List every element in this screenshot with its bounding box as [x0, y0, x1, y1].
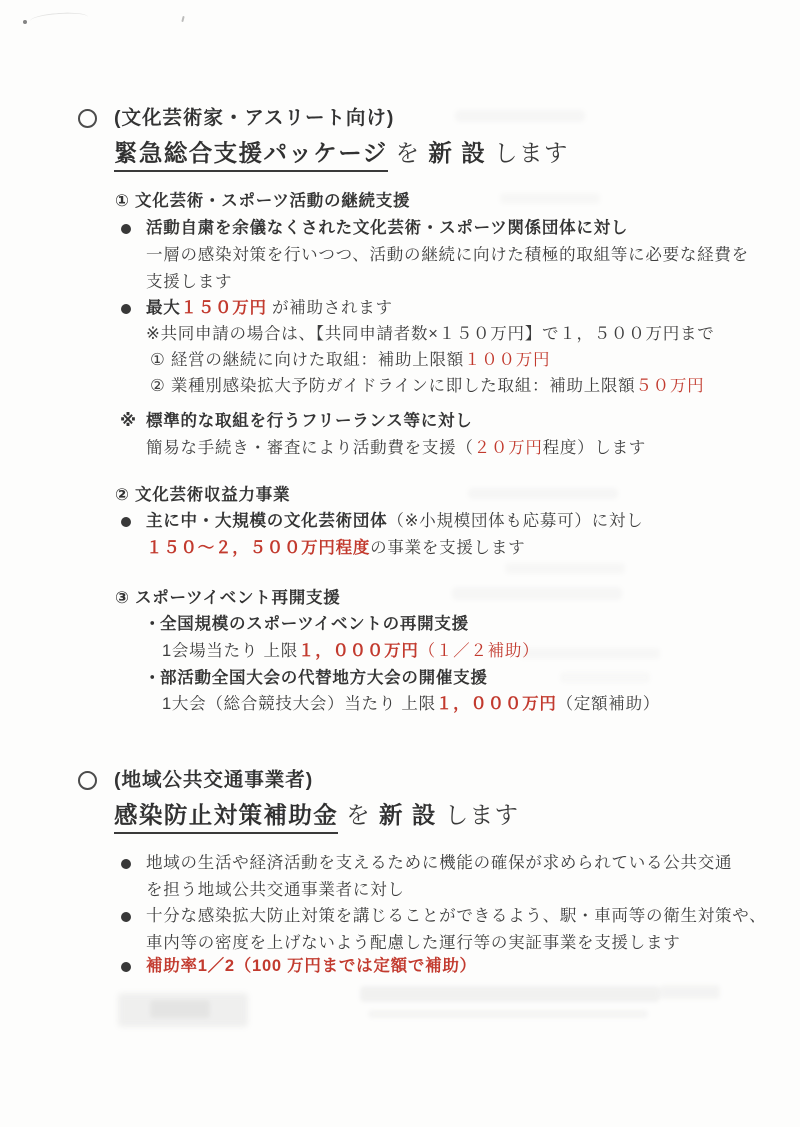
amount-50man: ５０万円 [635, 377, 704, 395]
amount-100man: １００万円 [464, 351, 550, 369]
bullet-icon [121, 517, 131, 527]
continuation-line: 支援します [146, 272, 232, 293]
joint-application-note: ※共同申請の場合は、【共同申請者数×１５０万円】で１，５００万円まで [146, 324, 714, 345]
circle-icon [78, 109, 97, 128]
bullet-item-infection-measures: 十分な感染拡大防止対策を講じることができるよう、駅・車両等の衛生対策や、 [121, 906, 766, 927]
dot-item-text: 全国規模のスポーツイベントの再開支援 [160, 615, 469, 633]
bullet-icon [121, 912, 131, 922]
dot-item-club-tournaments: ・部活動全国大会の代替地方大会の開催支援 [144, 668, 488, 689]
title-particle: を [338, 802, 379, 828]
amount-1000man: １，０００万円 [436, 695, 557, 713]
bullet-item-targets: 活動自粛を余儀なくされた文化芸術・スポーツ関係団体に対し [121, 218, 628, 239]
dot-icon: ・ [144, 614, 160, 635]
bullet-text: 地域の生活や経済活動を支えるために機能の確保が求められている公共交通 [146, 854, 732, 872]
continuation-line: を担う地域公共交通事業者に対し [146, 880, 405, 901]
scanned-document-page: (文化芸術家・アスリート向け) 緊急総合支援パッケージ を 新 設 します ① … [0, 0, 800, 1127]
bullet-item-subsidy-rate: 補助率1／2（100 万円までは定額で補助） [121, 956, 477, 977]
scan-artifact [452, 587, 622, 600]
scan-artifact [455, 110, 585, 122]
title-bold-word: 新 設 [379, 802, 437, 828]
scan-artifact [468, 488, 618, 499]
art-orgs-amount-line: １５０～２，５００万円程度の事業を支援します [146, 538, 525, 559]
title-bold-word: 新 設 [428, 140, 486, 166]
bullet-item-max-subsidy: 最大１５０万円 が補助されます [121, 298, 393, 319]
section2-header: (地域公共交通事業者) [78, 768, 313, 792]
item2-heading: ② 文化芸術収益力事業 [115, 485, 290, 506]
bullet-item-art-orgs: 主に中・大規模の文化芸術団体（※小規模団体も応募可）に対し [121, 511, 643, 532]
tournament-limit-line: 1大会（総合競技大会）当たり 上限１，０００万円（定額補助） [162, 694, 660, 715]
bullet-text: 主に中・大規模の文化芸術団体 [146, 512, 387, 530]
section1-title: 緊急総合支援パッケージ を 新 設 します [114, 139, 569, 168]
fixed-subsidy-note: （定額補助） [557, 695, 660, 713]
amount-150man: １５０万円 [181, 299, 267, 317]
section2-title: 感染防止対策補助金 を 新 設 します [114, 801, 519, 830]
bullet-text: 最大 [146, 299, 181, 317]
venue-limit-line: 1会場当たり 上限１，０００万円（１／２補助） [162, 641, 539, 662]
dot-icon: ・ [144, 668, 160, 689]
scan-tick [181, 16, 184, 22]
scan-artifact [360, 986, 660, 1002]
item1-heading: ① 文化芸術・スポーツ活動の継続支援 [115, 191, 410, 212]
scan-artifact [520, 648, 660, 659]
half-subsidy-note: （１／２補助） [419, 642, 540, 660]
bullet-icon [121, 962, 131, 972]
scan-artifact [500, 193, 600, 204]
bullet-icon [121, 859, 131, 869]
bullet-icon [121, 224, 131, 234]
freelance-note: ※標準的な取組を行うフリーランス等に対し [120, 411, 472, 432]
amount-1000man: １，０００万円 [298, 642, 419, 660]
line-text: 1大会（総合競技大会）当たり 上限 [162, 695, 436, 713]
scan-scratch [30, 11, 89, 27]
title-tail: します [486, 140, 569, 166]
note-text: 簡易な手続き・審査により活動費を支援（ [146, 439, 474, 457]
section2-title-underlined: 感染防止対策補助金 [114, 802, 338, 834]
dot-item-national-events: ・全国規模のスポーツイベントの再開支援 [144, 614, 469, 635]
scan-artifact [150, 1000, 210, 1018]
note-text-tail: 程度）します [543, 439, 646, 457]
dot-item-text: 部活動全国大会の代替地方大会の開催支援 [160, 669, 488, 687]
bullet-icon [121, 304, 131, 314]
amount-20man: ２０万円 [474, 439, 543, 457]
title-tail: します [437, 802, 520, 828]
section1-category: (文化芸術家・アスリート向け) [114, 106, 394, 130]
line-text: 1会場当たり 上限 [162, 642, 298, 660]
amount-range: １５０～２，５００万円程度 [146, 539, 370, 557]
scan-artifact [660, 985, 720, 999]
circle-icon [78, 771, 97, 790]
bullet-item-transport-role: 地域の生活や経済活動を支えるために機能の確保が求められている公共交通 [121, 853, 732, 874]
section1-header: (文化芸術家・アスリート向け) [78, 106, 394, 130]
freelance-note-line2: 簡易な手続き・審査により活動費を支援（２０万円程度）します [146, 438, 646, 459]
item3-heading: ③ スポーツイベント再開支援 [115, 588, 340, 609]
section1-title-underlined: 緊急総合支援パッケージ [114, 140, 388, 172]
sub-item-1: ① 経営の継続に向けた取組：補助上限額１００万円 [150, 350, 550, 371]
subsidy-rate-text: 補助率1／2（100 万円までは定額で補助） [146, 957, 477, 975]
bullet-text: 活動自粛を余儀なくされた文化芸術・スポーツ関係団体に対し [146, 219, 628, 237]
line-tail: の事業を支援します [370, 539, 525, 557]
continuation-line: 車内等の密度を上げないよう配慮した運行等の実証事業を支援します [146, 933, 681, 954]
kome-icon: ※ [120, 411, 146, 432]
scan-speck [23, 20, 27, 24]
continuation-line: 一層の感染対策を行いつつ、活動の継続に向けた積極的取組等に必要な経費を [146, 245, 749, 266]
bullet-text-tail: （※小規模団体も応募可）に対し [387, 512, 643, 530]
sub-item-text: ② 業種別感染拡大予防ガイドラインに即した取組：補助上限額 [150, 377, 635, 395]
scan-artifact [560, 672, 650, 683]
scan-artifact [368, 1010, 648, 1018]
note-text: 標準的な取組を行うフリーランス等に対し [146, 412, 472, 430]
bullet-text: 十分な感染拡大防止対策を講じることができるよう、駅・車両等の衛生対策や、 [146, 907, 766, 925]
bullet-text-tail: が補助されます [267, 299, 393, 317]
sub-item-text: ① 経営の継続に向けた取組：補助上限額 [150, 351, 464, 369]
title-particle: を [388, 140, 429, 166]
section2-category: (地域公共交通事業者) [114, 768, 313, 792]
scan-artifact [505, 563, 625, 574]
sub-item-2: ② 業種別感染拡大予防ガイドラインに即した取組：補助上限額５０万円 [150, 376, 704, 397]
